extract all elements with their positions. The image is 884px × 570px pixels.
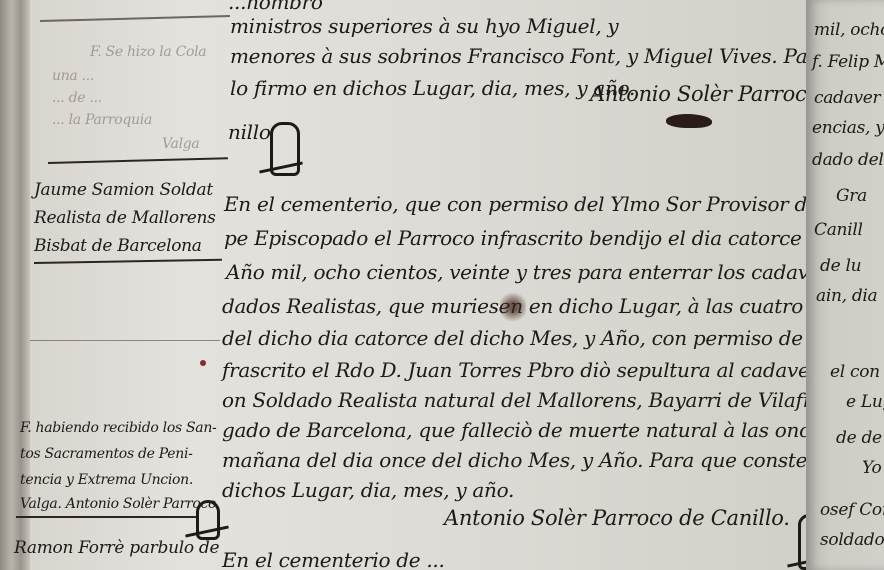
body-line: frascrito el Rdo D. Juan Torres Pbro diò… [222,358,884,382]
right-page-line: Gra [836,186,867,206]
sacrament-note-line: F. habiendo recibido los San- [20,420,216,436]
body-line: menores à sus sobrinos Francisco Font, y… [230,44,871,68]
body-line: dichos Lugar, dia, mes, y año. [222,478,514,502]
ink-splash [500,290,526,324]
body-line: mañana del dia once del dicho Mes, y Año… [222,448,884,472]
next-entry-name: Ramon Forrè parbulo de [14,538,219,558]
margin-divider [16,516,196,518]
body-line: dados Realistas, que muriesen en dicho L… [222,294,884,318]
faint-note-line: ... la Parroquia [52,112,152,128]
body-line: on Soldado Realista natural del Malloren… [222,388,884,412]
body-line: ...nombrò [228,0,323,14]
faint-note-line: ... de ... [52,90,102,106]
right-page-line: encias, y [812,118,884,138]
margin-divider [40,15,230,22]
rubric-flourish-icon [196,500,220,540]
margin-divider [34,259,222,264]
parish-priest-signature: Antonio Solèr Parroco [590,82,819,106]
right-page-line: dado del [812,150,884,170]
margin-divider [48,157,228,164]
body-line: pe Episcopado el Parroco infrascrito ben… [224,226,884,250]
rubric-flourish-icon [270,122,300,176]
entry-name-line: Realista de Mallorens [34,208,216,228]
red-ink-mark [200,360,206,366]
manuscript-photo: F. Se hizo la Cola una ... ... de ... ..… [0,0,884,570]
body-line: Año mil, ocho cientos, veinte y tres par… [226,260,884,284]
body-line: En el cementerio, que con permiso del Yl… [224,192,874,216]
body-line: gado de Barcelona, que falleciò de muert… [222,418,875,442]
sacrament-note-line: tencia y Extrema Uncion. [20,472,193,488]
ink-blot [666,114,712,128]
signature-tail: nillo [228,120,271,144]
next-entry-start: En el cementerio de ... [222,548,445,570]
body-line: lo firmo en dichos Lugar, dia, mes, y añ… [230,76,635,100]
right-page-line: ain, dia [816,286,877,306]
right-page-line: e Lug [846,392,884,412]
entry-name-line: Jaume Samion Soldat [34,180,213,200]
right-page-line: de lu [820,256,861,276]
faint-note-line: Valga [162,136,199,152]
entry-name-line: Bisbat de Barcelona [34,236,202,256]
right-page-line: soldado [820,530,884,550]
right-page-line: cadaver [814,88,880,108]
right-page-line: f. Felip M [812,52,884,72]
right-page: mil, ocho f. Felip M cadaver encias, y d… [806,0,884,570]
margin-column: F. Se hizo la Cola una ... ... de ... ..… [12,0,222,570]
faint-note-line: F. Se hizo la Cola [90,44,206,60]
entry-signature: Antonio Solèr Parroco de Canillo. [444,506,790,530]
right-page-line: osef Con [820,500,884,520]
right-page-line: el con [830,362,880,382]
right-page-line: Canill [814,220,863,240]
right-page-line: de de [836,428,882,448]
faint-rule [30,340,220,341]
faint-note-line: una ... [52,68,94,84]
sacrament-note-line: Valga. Antonio Solèr Parroco [20,496,216,512]
sacrament-note-line: tos Sacramentos de Peni- [20,446,193,462]
body-line: ministros superiores à su hyo Miguel, y [230,14,618,38]
body-line: del dicho dia catorce del dicho Mes, y A… [222,326,884,350]
right-page-line: mil, ocho [814,20,884,40]
right-page-line: Yo [862,458,881,478]
